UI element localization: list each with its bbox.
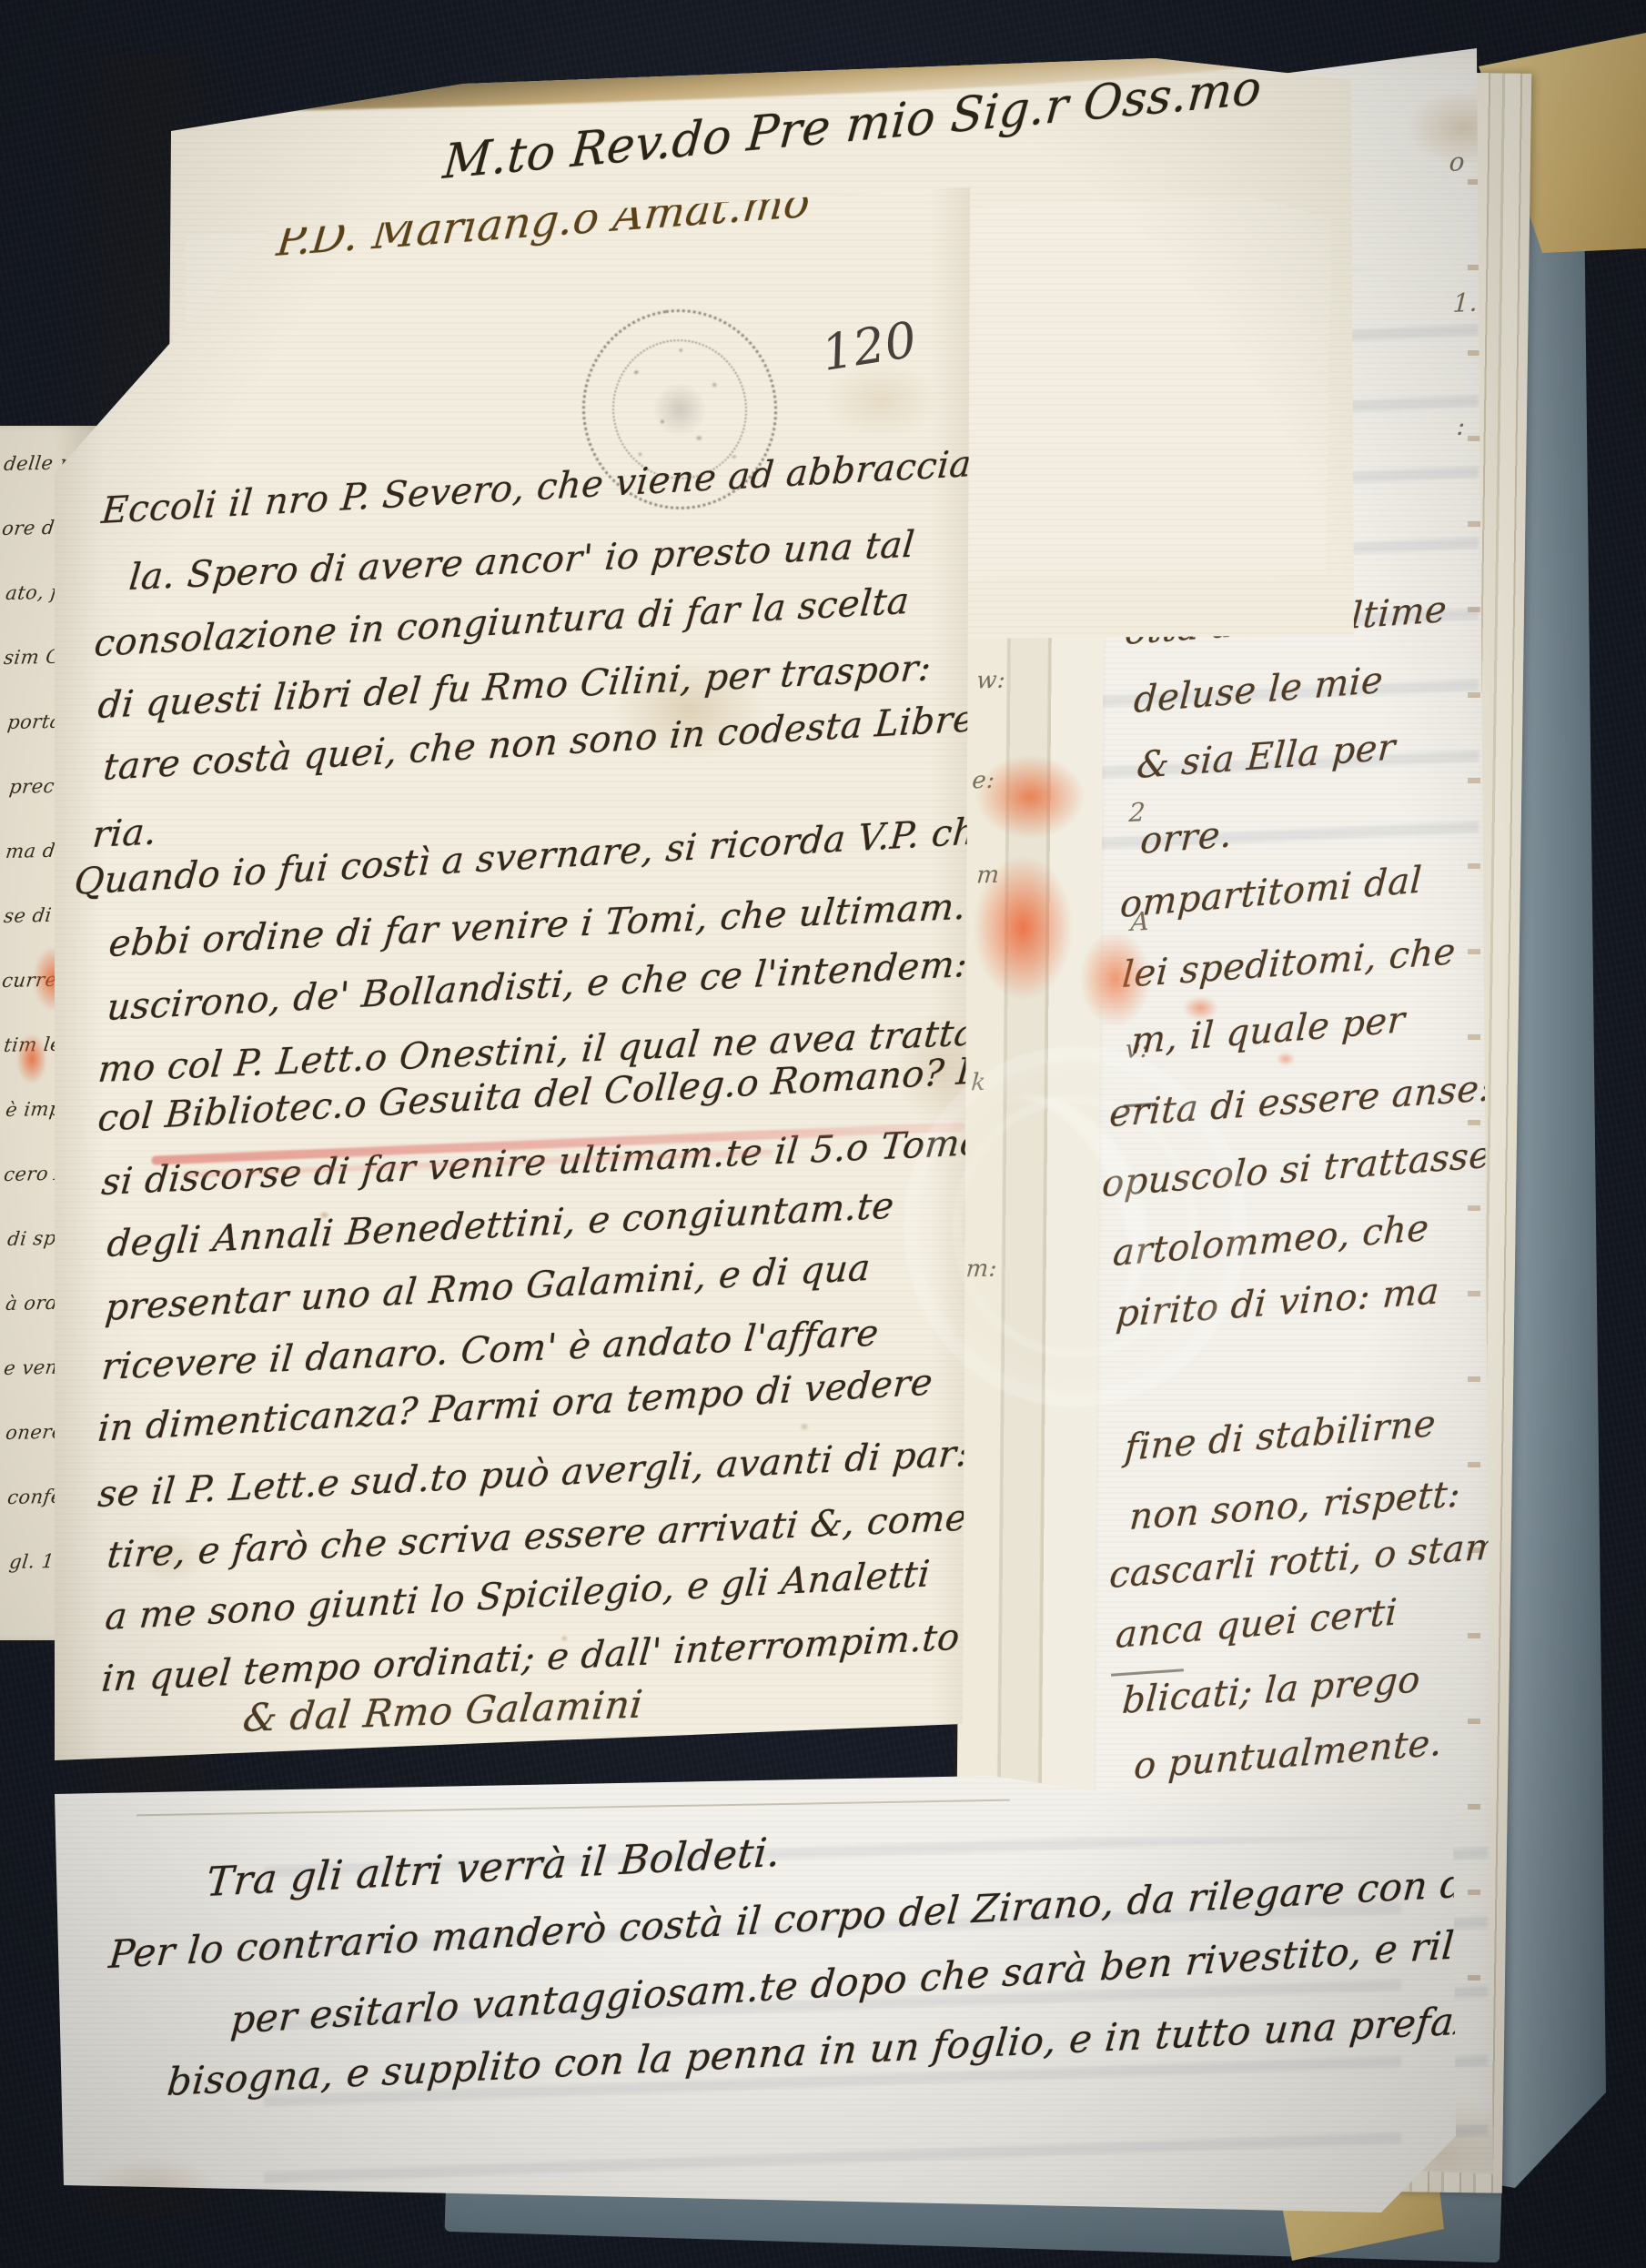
- letter-line: presentar uno al Rmo Galamini, e di qua: [104, 1250, 872, 1326]
- orange-mark: [16, 1033, 47, 1084]
- page-fragment: deluse le mie: [1133, 662, 1384, 719]
- page-fragment: non sono, rispett:: [1128, 1476, 1461, 1536]
- ink-speck: o: [1449, 149, 1466, 176]
- photograph-of-bound-manuscript: 124 otta a due ultimedeluse le mie& sia …: [0, 0, 1646, 2268]
- page-fragment: anca quei certi: [1115, 1594, 1399, 1654]
- page-fragment: cascarli rotti, o stam: [1108, 1527, 1501, 1594]
- postscript-line: & dal Rmo Galamini: [241, 1685, 645, 1738]
- ink-underline: [1111, 1668, 1184, 1677]
- edge-fragment: w:: [975, 669, 1006, 693]
- main-letter: P.D. Mariang.o Amat.mo 120 Eccoli il nro…: [36, 173, 996, 1801]
- letter-line: ria.: [91, 813, 158, 853]
- ink-speck: 1.: [1452, 289, 1479, 317]
- letter-line: Quando io fui costì a svernare, si ricor…: [73, 811, 1023, 901]
- page-fragment: o puntualmente.: [1133, 1725, 1443, 1785]
- sheet-edge-line: [45, 1765, 992, 1785]
- page-fragment: fine di stabilirne: [1124, 1406, 1437, 1467]
- bottom-letter-line: Tra gli altri verrà il Boldeti.: [205, 1833, 783, 1903]
- folio-number-120: 120: [819, 315, 921, 378]
- letter-line: Eccoli il nro P. Severo, che viene ad ab…: [100, 444, 1004, 529]
- letter-line: se il P. Lett.e sud.to può avergli, avan…: [96, 1436, 971, 1513]
- salutation-line: M.to Rev.do Pre mio Sig.r Oss.mo: [441, 65, 1264, 186]
- sheet-edge-line: [136, 1799, 1010, 1817]
- ink-speck: :: [1456, 413, 1466, 439]
- embossed-blind-stamp: [904, 1046, 1247, 1407]
